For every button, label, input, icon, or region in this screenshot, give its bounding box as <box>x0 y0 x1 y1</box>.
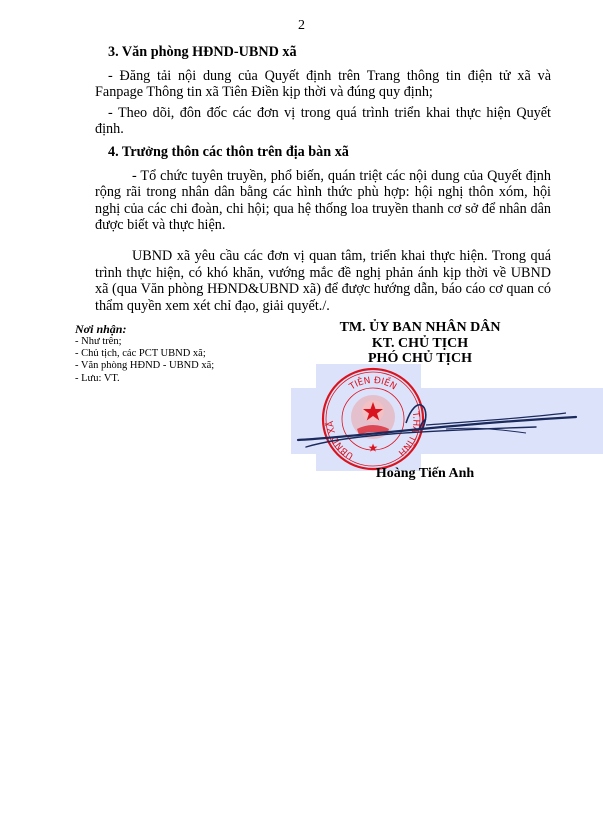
section-heading-4: 4. Trưởng thôn các thôn trên địa bàn xã <box>108 144 551 161</box>
paragraph: - Tổ chức tuyên truyền, phổ biến, quán t… <box>95 168 551 234</box>
paragraph: - Đăng tải nội dung của Quyết định trên … <box>95 68 551 101</box>
recipients-title: Nơi nhận: <box>75 323 214 336</box>
signature-line-2: KT. CHỦ TỊCH <box>300 336 540 352</box>
signature-title-block: TM. ỦY BAN NHÂN DÂN KT. CHỦ TỊCH PHÓ CHỦ… <box>300 320 540 367</box>
recipient-item: - Chủ tịch, các PCT UBND xã; <box>75 348 214 360</box>
signature-line-1: TM. ỦY BAN NHÂN DÂN <box>300 320 540 336</box>
recipient-item: - Lưu: VT. <box>75 373 214 385</box>
svg-text:TIÊN ĐIỀN: TIÊN ĐIỀN <box>347 375 398 393</box>
recipient-item: - Như trên; <box>75 336 214 348</box>
document-body: 3. Văn phòng HĐND-UBND xã - Đăng tải nội… <box>95 44 551 320</box>
section-heading-3: 3. Văn phòng HĐND-UBND xã <box>108 44 551 61</box>
recipient-item: - Văn phòng HĐND - UBND xã; <box>75 360 214 372</box>
page-number: 2 <box>0 18 603 34</box>
handwritten-signature-icon <box>296 395 596 455</box>
signer-name: Hoàng Tiến Anh <box>300 466 550 482</box>
paragraph: - Theo dõi, đôn đốc các đơn vị trong quá… <box>95 105 551 138</box>
closing-paragraph: UBND xã yêu cầu các đơn vị quan tâm, tri… <box>95 248 551 314</box>
recipients-block: Nơi nhận: - Như trên; - Chủ tịch, các PC… <box>75 323 214 385</box>
